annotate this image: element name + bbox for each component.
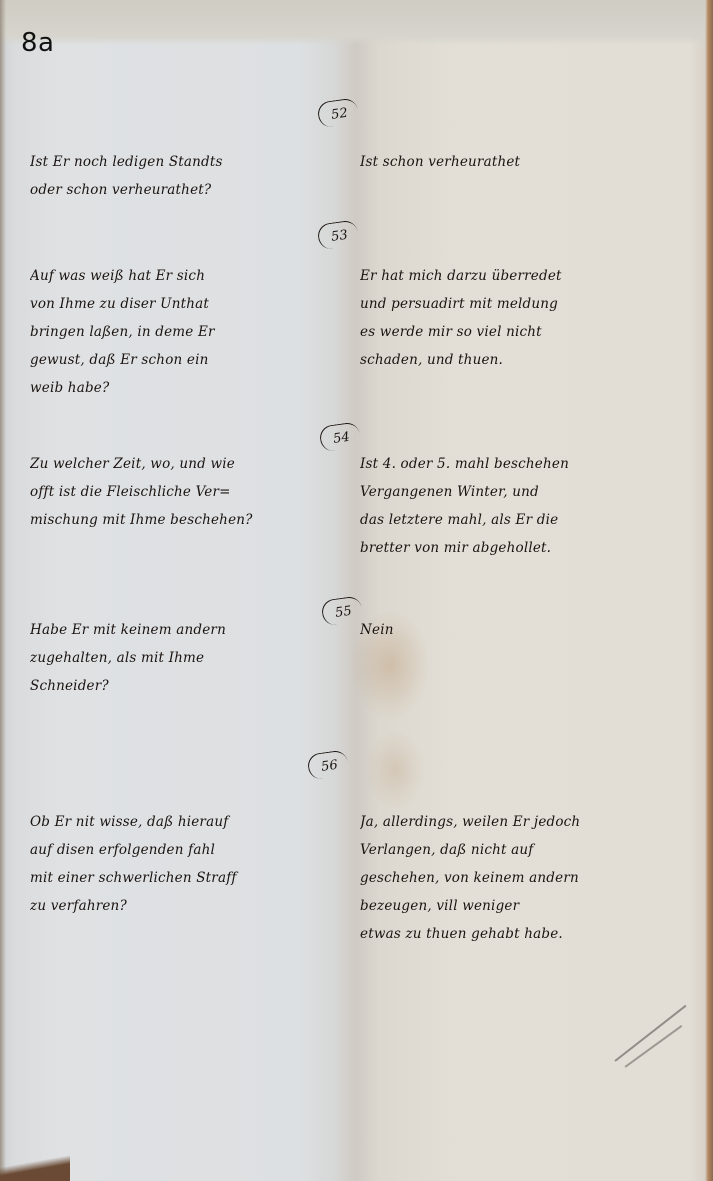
answer-block: Ist schon verheurathet xyxy=(360,148,705,176)
question-line: mit einer schwerlichen Straff xyxy=(30,864,345,892)
question-line: Zu welcher Zeit, wo, und wie xyxy=(30,450,345,478)
answer-line: geschehen, von keinem andern xyxy=(360,864,705,892)
page-number-label: 8a xyxy=(21,28,54,58)
answer-line: etwas zu thuen gehabt habe. xyxy=(360,920,705,948)
answer-line: Ist schon verheurathet xyxy=(360,148,705,176)
entry-number-mark: 54 xyxy=(318,421,361,452)
answer-line: und persuadirt mit meldung xyxy=(360,290,705,318)
entry-number-mark: 56 xyxy=(306,749,349,780)
question-line: offt ist die Fleischliche Ver= xyxy=(30,478,345,506)
question-block: Habe Er mit keinem andern zugehalten, al… xyxy=(30,616,345,700)
question-block: Ob Er nit wisse, daß hierauf auf disen e… xyxy=(30,808,345,920)
answer-line: bretter von mir abgehollet. xyxy=(360,534,705,562)
answer-line: Er hat mich darzu überredet xyxy=(360,262,705,290)
answer-line: Nein xyxy=(360,616,705,644)
question-line: gewust, daß Er schon ein xyxy=(30,346,345,374)
question-line: mischung mit Ihme beschehen? xyxy=(30,506,345,534)
answer-line: das letztere mahl, als Er die xyxy=(360,506,705,534)
question-line: auf disen erfolgenden fahl xyxy=(30,836,345,864)
question-line: zu verfahren? xyxy=(30,892,345,920)
page-top-discoloration xyxy=(0,0,705,45)
page-torn-corner xyxy=(0,1150,70,1181)
question-line: von Ihme zu diser Unthat xyxy=(30,290,345,318)
answer-block: Ja, allerdings, weilen Er jedoch Verlang… xyxy=(360,808,705,948)
answer-block: Er hat mich darzu überredet und persuadi… xyxy=(360,262,705,374)
question-block: Ist Er noch ledigen Standts oder schon v… xyxy=(30,148,345,204)
question-line: Ist Er noch ledigen Standts xyxy=(30,148,345,176)
question-line: Schneider? xyxy=(30,672,345,700)
question-block: Auf was weiß hat Er sich von Ihme zu dis… xyxy=(30,262,345,402)
answer-line: Ja, allerdings, weilen Er jedoch xyxy=(360,808,705,836)
question-line: oder schon verheurathet? xyxy=(30,176,345,204)
answer-line: schaden, und thuen. xyxy=(360,346,705,374)
question-line: bringen laßen, in deme Er xyxy=(30,318,345,346)
entry-number-mark: 52 xyxy=(316,97,359,128)
question-line: weib habe? xyxy=(30,374,345,402)
page-left-edge xyxy=(0,0,6,1181)
answer-block: Nein xyxy=(360,616,705,644)
manuscript-page: 8a 52 Ist Er noch ledigen Standts oder s… xyxy=(0,0,713,1181)
answer-block: Ist 4. oder 5. mahl beschehen Vergangene… xyxy=(360,450,705,562)
answer-line: Verlangen, daß nicht auf xyxy=(360,836,705,864)
question-block: Zu welcher Zeit, wo, und wie offt ist di… xyxy=(30,450,345,534)
answer-line: Vergangenen Winter, und xyxy=(360,478,705,506)
answer-line: bezeugen, vill weniger xyxy=(360,892,705,920)
question-line: Auf was weiß hat Er sich xyxy=(30,262,345,290)
answer-line: es werde mir so viel nicht xyxy=(360,318,705,346)
closing-pen-stroke xyxy=(614,1005,686,1062)
question-line: zugehalten, als mit Ihme xyxy=(30,644,345,672)
question-line: Ob Er nit wisse, daß hierauf xyxy=(30,808,345,836)
answer-line: Ist 4. oder 5. mahl beschehen xyxy=(360,450,705,478)
question-line: Habe Er mit keinem andern xyxy=(30,616,345,644)
entry-number-mark: 53 xyxy=(316,219,359,250)
